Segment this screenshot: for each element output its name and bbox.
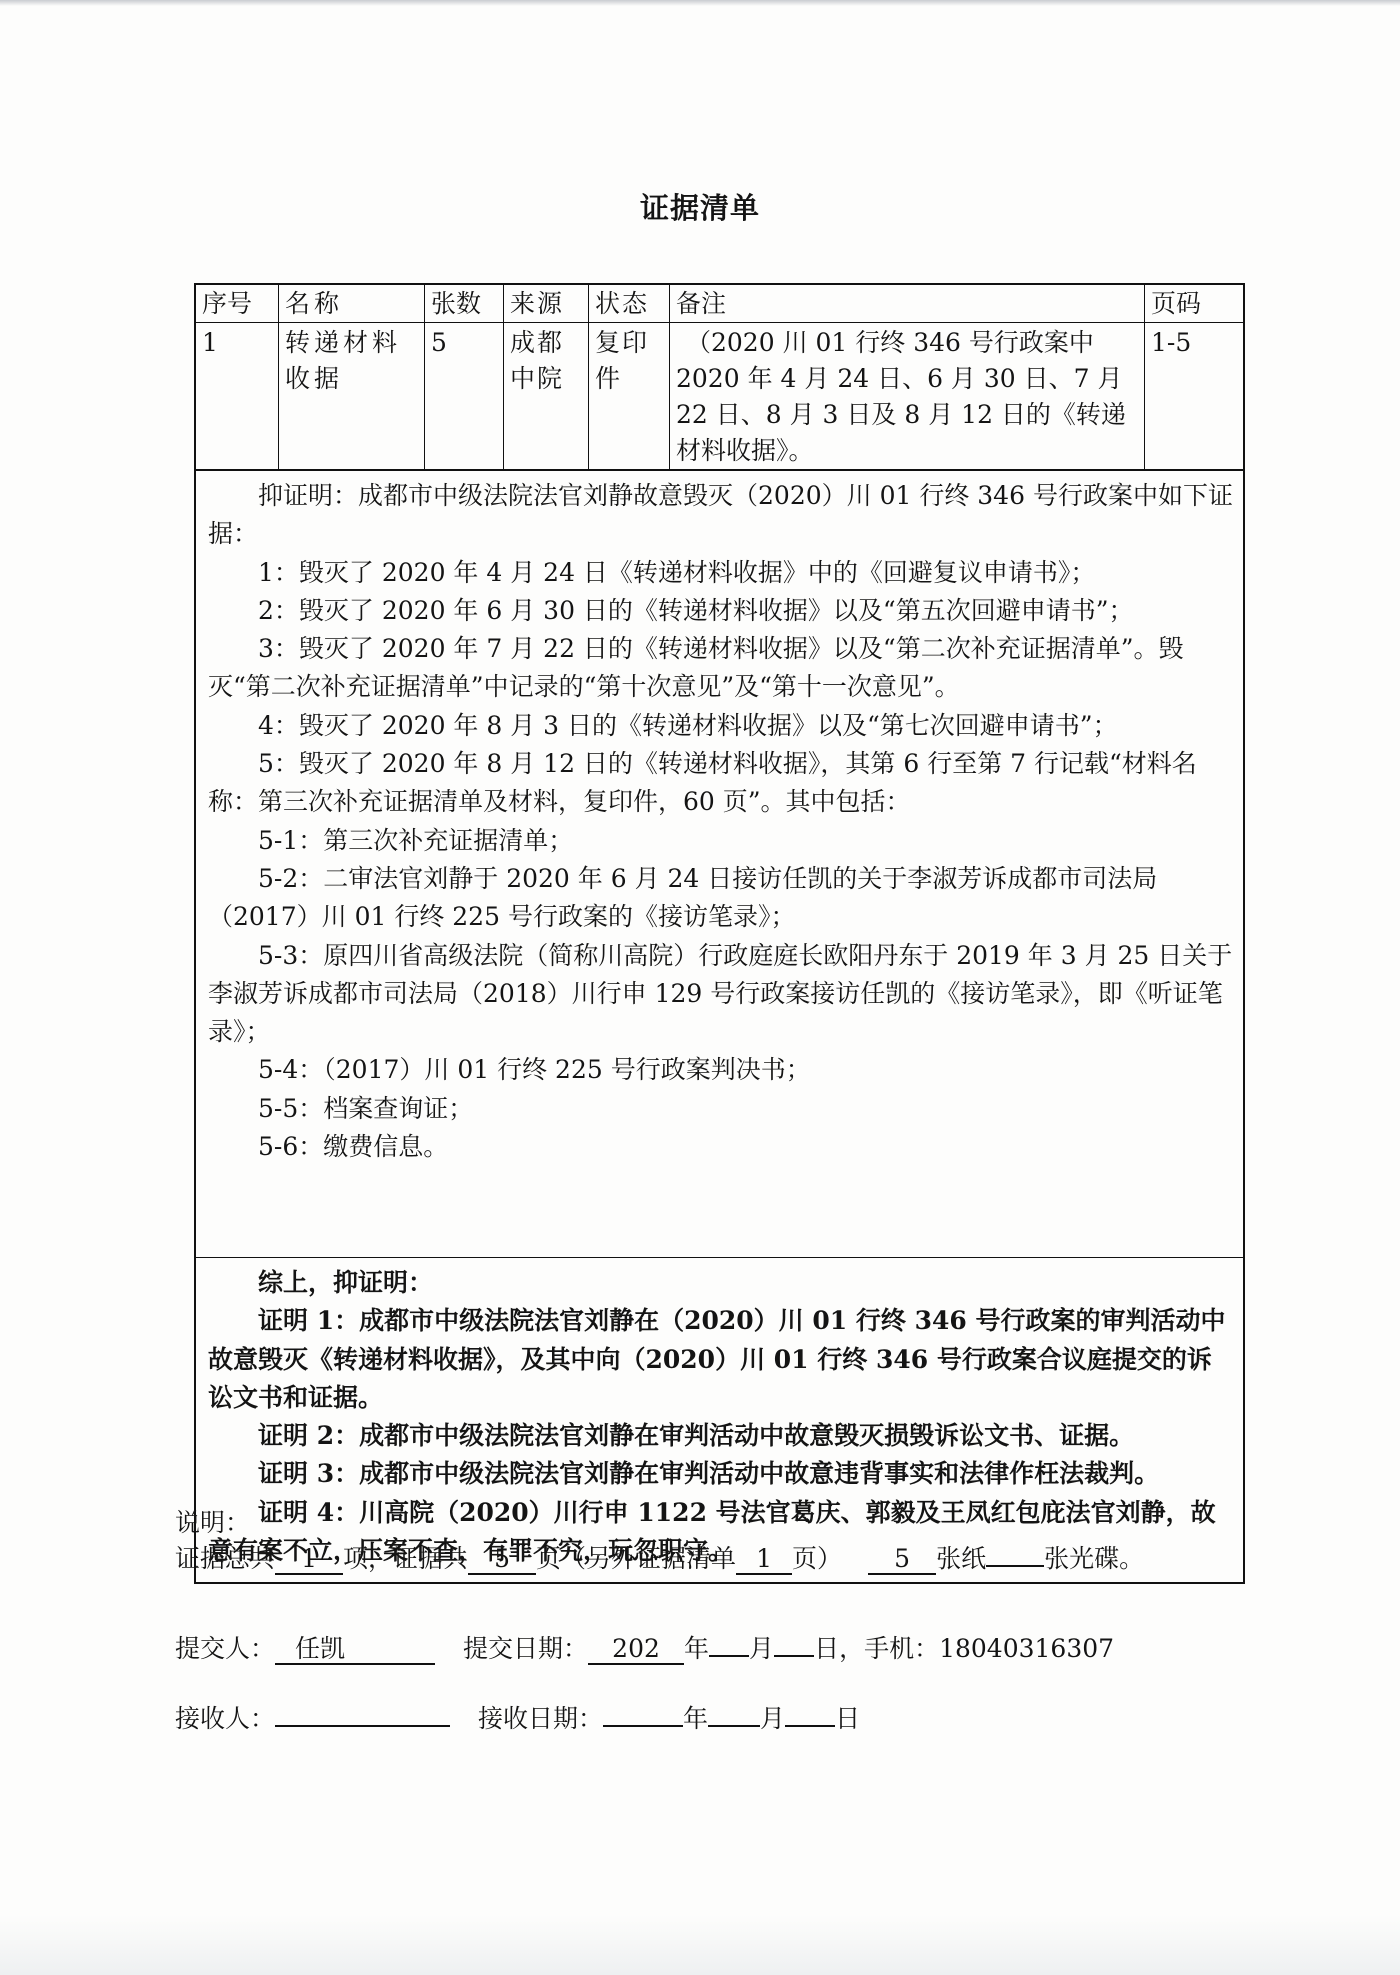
cell-name: 转递材料收据 <box>279 323 425 470</box>
submit-day-field[interactable] <box>774 1655 814 1657</box>
summary-item: 证明 3：成都市中级法院法官刘静在审判活动中故意违背事实和法律作枉法裁判。 <box>208 1455 1233 1493</box>
purpose-item: 5-3：原四川省高级法院（简称川高院）行政庭庭长欧阳丹东于 2019 年 3 月… <box>208 937 1233 1052</box>
year-unit: 年 <box>684 1634 709 1663</box>
counts-line: 证据总共1项，证据共5页（另外证据清单1页）5张纸张光碟。 <box>175 1541 1275 1577</box>
day-unit: 日 <box>835 1704 860 1733</box>
receive-month-field[interactable] <box>708 1725 760 1727</box>
table-row: 1 转递材料收据 5 成都中院 复印件 （2020 川 01 行终 346 号行… <box>196 323 1243 470</box>
submit-month-field[interactable] <box>709 1655 749 1657</box>
purpose-item: 4：毁灭了 2020 年 8 月 3 日的《转递材料收据》以及“第七次回避申请书… <box>208 707 1233 745</box>
purpose-item: 5：毁灭了 2020 年 8 月 12 日的《转递材料收据》，其第 6 行至第 … <box>208 745 1233 822</box>
header-status: 状态 <box>589 285 670 323</box>
list-page-field[interactable]: 1 <box>736 1545 792 1575</box>
receiver-line: 接收人：接收日期：年月日 <box>175 1701 1275 1737</box>
submit-year-field[interactable]: 202 <box>588 1635 684 1665</box>
counts-text: 页） <box>792 1544 842 1573</box>
counts-text: 张光碟。 <box>1044 1544 1144 1573</box>
purpose-intro: 抑证明：成都市中级法院法官刘静故意毁灭（2020）川 01 行终 346 号行政… <box>208 477 1233 554</box>
purpose-item: 5-5：档案查询证； <box>208 1090 1233 1128</box>
receiver-name-field[interactable] <box>275 1725 450 1727</box>
cell-source: 成都中院 <box>504 323 589 470</box>
purpose-item: 5-6：缴费信息。 <box>208 1128 1233 1166</box>
month-unit: 月 <box>760 1704 785 1733</box>
summary-item: 证明 2：成都市中级法院法官刘静在审判活动中故意毁灭损毁诉讼文书、证据。 <box>208 1417 1233 1455</box>
year-unit: 年 <box>683 1704 708 1733</box>
counts-text: 项，证据共 <box>343 1544 468 1573</box>
purpose-section: 抑证明：成都市中级法院法官刘静故意毁灭（2020）川 01 行终 346 号行政… <box>196 470 1243 1257</box>
purpose-item: 2：毁灭了 2020 年 6 月 30 日的《转递材料收据》以及“第五次回避申请… <box>208 592 1233 630</box>
header-no: 序号 <box>196 285 279 323</box>
purpose-item: 5-2：二审法官刘静于 2020 年 6 月 24 日接访任凯的关于李淑芳诉成都… <box>208 860 1233 937</box>
page-title: 证据清单 <box>0 186 1400 227</box>
purpose-item: 1：毁灭了 2020 年 4 月 24 日《转递材料收据》中的《回避复议申请书》… <box>208 554 1233 592</box>
purpose-item: 5-4：（2017）川 01 行终 225 号行政案判决书； <box>208 1051 1233 1089</box>
receive-year-field[interactable] <box>603 1725 683 1727</box>
receive-day-field[interactable] <box>785 1725 835 1727</box>
day-unit: 日， <box>814 1634 864 1663</box>
receive-date-label: 接收日期： <box>478 1704 603 1733</box>
table-header-row: 序号 名称 张数 来源 状态 备注 页码 <box>196 285 1243 323</box>
cell-pages: 1-5 <box>1145 323 1244 470</box>
counts-text: 证据总共 <box>175 1544 275 1573</box>
header-pages: 页码 <box>1145 285 1244 323</box>
scan-edge-bottom <box>0 1915 1400 1975</box>
submit-date-label: 提交日期： <box>463 1634 588 1663</box>
counts-text: 页（另外证据清单 <box>536 1544 736 1573</box>
summary-item: 证明 1：成都市中级法院法官刘静在（2020）川 01 行终 346 号行政案的… <box>208 1302 1233 1417</box>
header-count: 张数 <box>425 285 504 323</box>
month-unit: 月 <box>749 1634 774 1663</box>
submitter-label: 提交人： <box>175 1634 275 1663</box>
cell-no: 1 <box>196 323 279 470</box>
purpose-item: 3：毁灭了 2020 年 7 月 22 日的《转递材料收据》以及“第二次补充证据… <box>208 630 1233 707</box>
header-source: 来源 <box>504 285 589 323</box>
header-note: 备注 <box>670 285 1145 323</box>
phone-label: 手机： <box>864 1634 939 1663</box>
receiver-label: 接收人： <box>175 1704 275 1733</box>
counts-text: 张纸 <box>936 1544 986 1573</box>
summary-intro: 综上，抑证明： <box>208 1264 1233 1302</box>
note-label: 说明： <box>175 1505 1275 1541</box>
cell-note: （2020 川 01 行终 346 号行政案中 2020 年 4 月 24 日、… <box>670 323 1145 470</box>
cell-status: 复印件 <box>589 323 670 470</box>
header-name: 名称 <box>279 285 425 323</box>
cell-count: 5 <box>425 323 504 470</box>
paper-count-field[interactable]: 5 <box>868 1545 936 1575</box>
footer-notes: 说明： 证据总共1项，证据共5页（另外证据清单1页）5张纸张光碟。 提交人：任凯… <box>175 1505 1275 1737</box>
disc-count-field[interactable] <box>986 1565 1044 1567</box>
phone-number: 18040316307 <box>939 1634 1114 1663</box>
evidence-table: 序号 名称 张数 来源 状态 备注 页码 1 转递材料收据 5 成都中院 复印件… <box>196 285 1243 470</box>
submitter-line: 提交人：任凯提交日期：202年月日，手机：18040316307 <box>175 1631 1275 1667</box>
scan-edge-top <box>0 0 1400 6</box>
page-count-field[interactable]: 5 <box>468 1545 536 1575</box>
item-count-field[interactable]: 1 <box>275 1545 343 1575</box>
evidence-sheet: 序号 名称 张数 来源 状态 备注 页码 1 转递材料收据 5 成都中院 复印件… <box>194 283 1245 1584</box>
submitter-name-field[interactable]: 任凯 <box>275 1635 435 1665</box>
purpose-item: 5-1：第三次补充证据清单； <box>208 822 1233 860</box>
